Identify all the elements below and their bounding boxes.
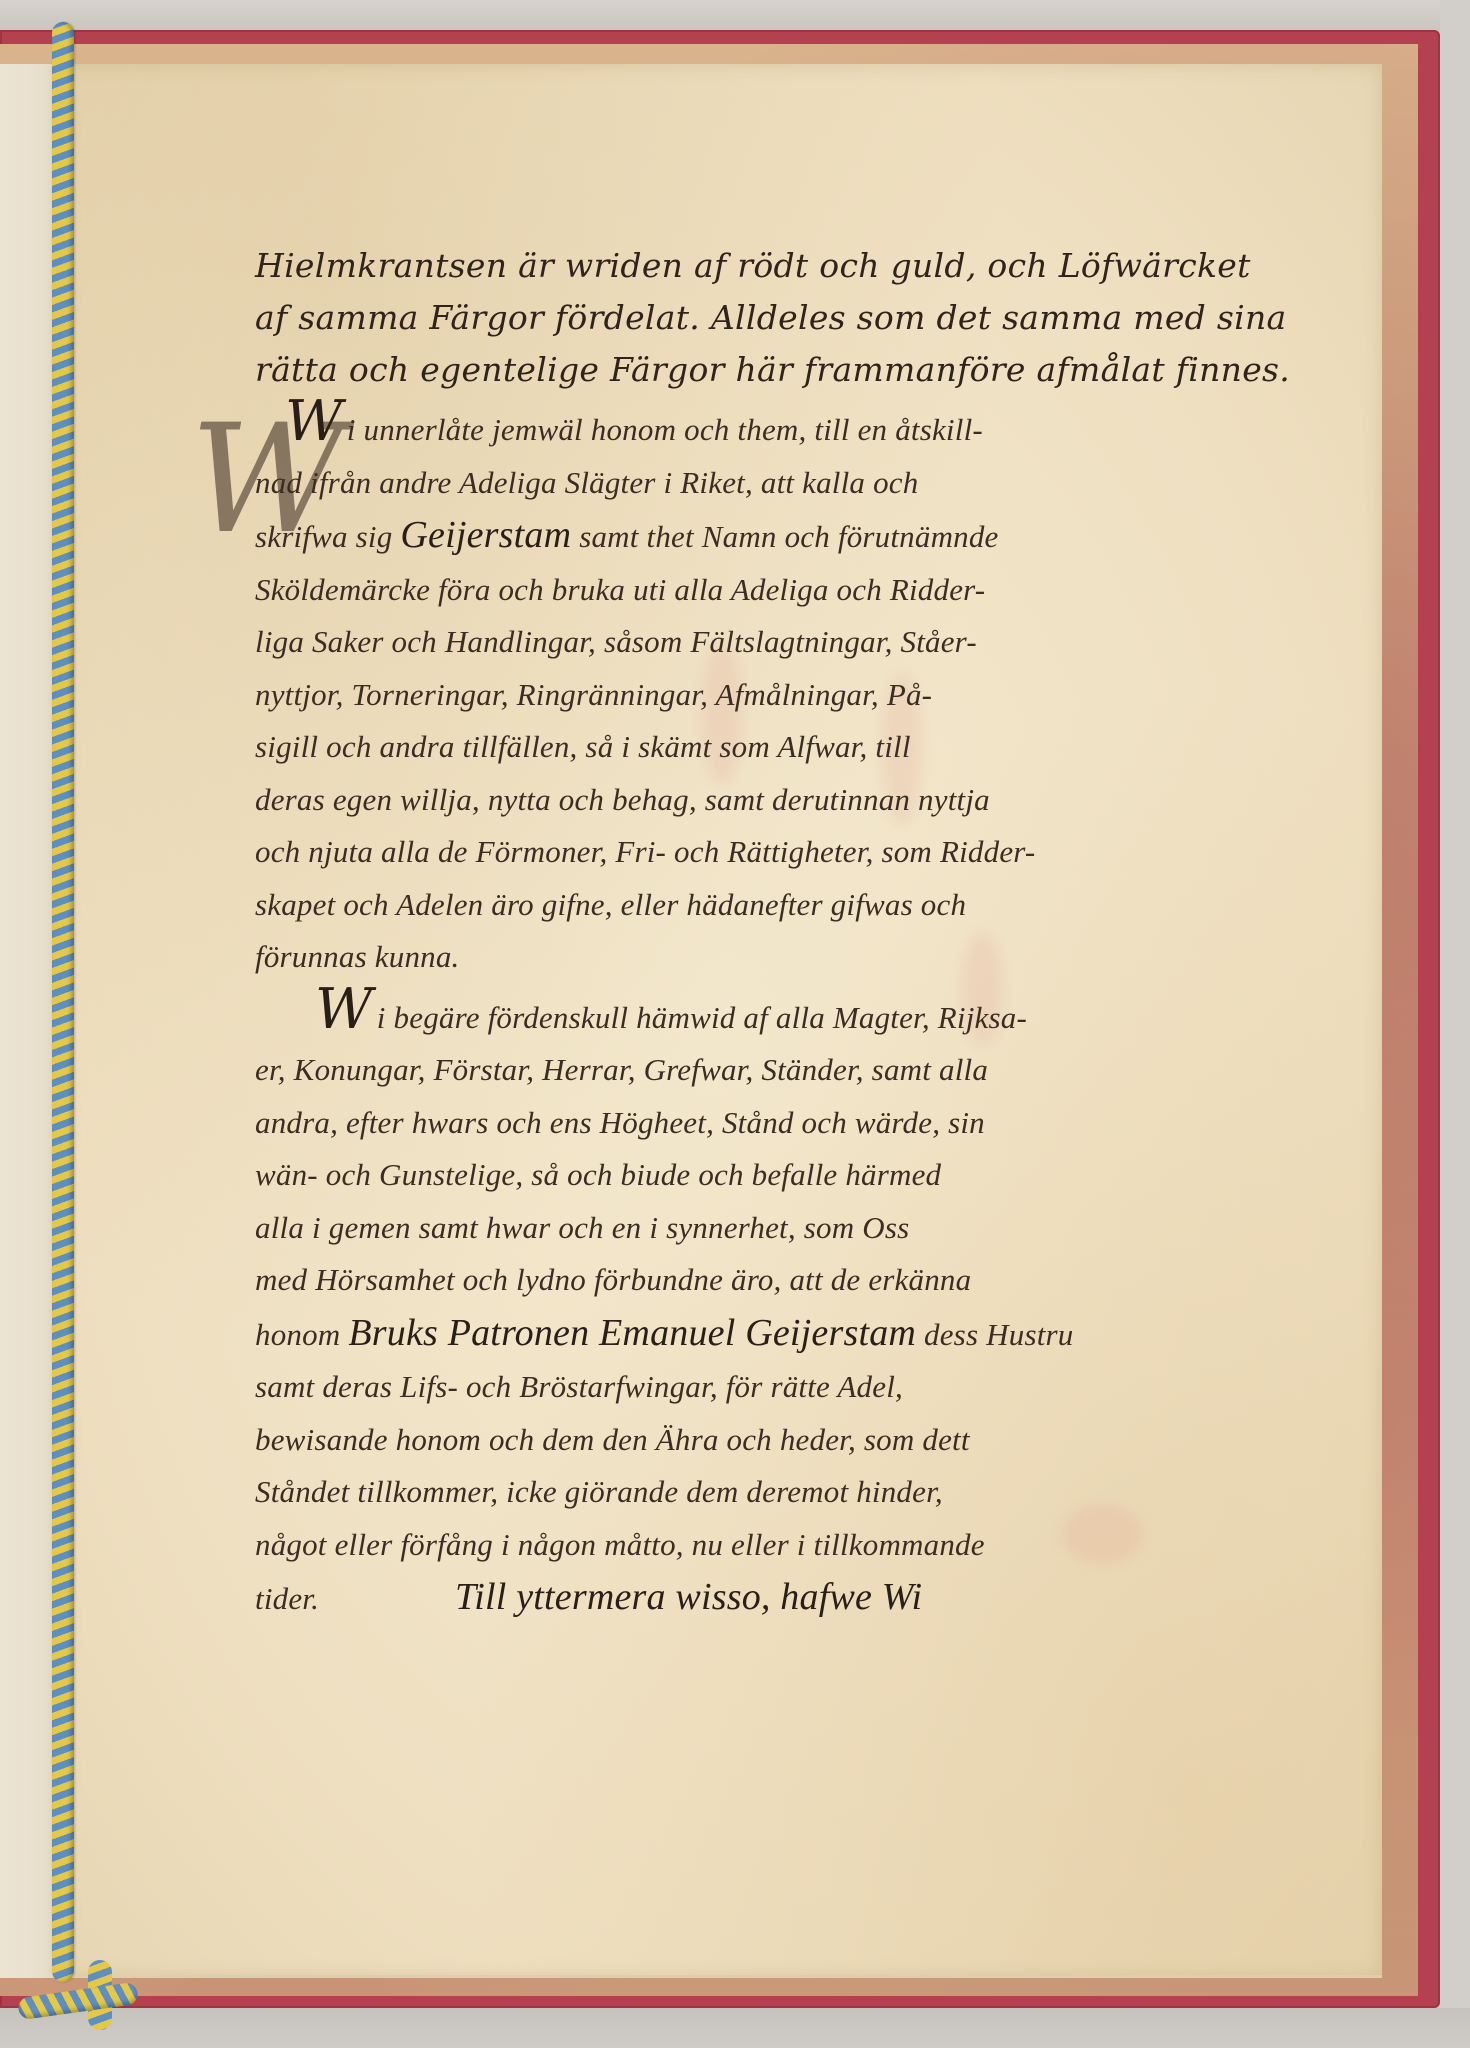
manuscript-text: Hielmkrantsen är wriden af rödt och guld…	[255, 240, 1225, 1626]
heading-line: Hielmkrantsen är wriden af rödt och guld…	[255, 240, 1225, 292]
line-text: i unnerlåte jemwäl honom och them, till …	[347, 412, 983, 447]
scanner-backdrop-bottom	[0, 2008, 1470, 2048]
body-line: bewisande honom och dem den Ähra och hed…	[255, 1414, 1225, 1467]
body-line: er, Konungar, Förstar, Herrar, Grefwar, …	[255, 1044, 1225, 1097]
heading-line: rätta och egentelige Färgor här frammanf…	[255, 344, 1225, 396]
body-line: Sköldemärcke föra och bruka uti alla Ade…	[255, 564, 1225, 617]
line-text: i begäre fördenskull hämwid af alla Magt…	[377, 1000, 1027, 1035]
paragraph-initial: W	[285, 389, 343, 454]
family-name: Geijerstam	[400, 514, 571, 556]
line-text: samt thet Namn och förutnämnde	[579, 519, 998, 554]
line-text: skrifwa sig	[255, 519, 392, 554]
heading-line: af samma Färgor fördelat. Alldeles som d…	[255, 292, 1225, 344]
body-line: wän- och Gunstelige, så och biude och be…	[255, 1149, 1225, 1202]
body-line: skapet och Adelen äro gifne, eller hädan…	[255, 879, 1225, 932]
body-line: sigill och andra tillfällen, så i skämt …	[255, 721, 1225, 774]
body-line: honom Bruks Patronen Emanuel Geijerstam …	[255, 1307, 1225, 1362]
body-line: Wi begäre fördenskull hämwid af alla Mag…	[255, 984, 1225, 1045]
body-line: liga Saker och Handlingar, såsom Fältsla…	[255, 616, 1225, 669]
body-line: Wi unnerlåte jemwäl honom och them, till…	[255, 396, 1225, 457]
body-line: skrifwa sig Geijerstam samt thet Namn oc…	[255, 509, 1225, 564]
paragraph-initial: W	[315, 977, 373, 1042]
body-line: nad ifrån andre Adeliga Slägter i Riket,…	[255, 457, 1225, 510]
line-text: honom	[255, 1317, 340, 1352]
page-bottom-edge	[62, 1975, 1382, 1978]
line-text: tider.	[255, 1581, 319, 1616]
closing-formula: Till yttermera wisso, hafwe Wi	[455, 1576, 922, 1618]
body-line: alla i gemen samt hwar och en i synnerhe…	[255, 1202, 1225, 1255]
body-line: Ståndet tillkommer, icke giörande dem de…	[255, 1466, 1225, 1519]
grantee-name: Bruks Patronen Emanuel Geijerstam	[348, 1312, 916, 1354]
body-line: och njuta alla de Förmoner, Fri- och Rät…	[255, 826, 1225, 879]
body-line: andra, efter hwars och ens Högheet, Stån…	[255, 1097, 1225, 1150]
body-line: deras egen willja, nytta och behag, samt…	[255, 774, 1225, 827]
braided-cord	[52, 22, 74, 1982]
body-line: förunnas kunna.	[255, 931, 1225, 984]
body-line: samt deras Lifs- och Bröstarfwingar, för…	[255, 1361, 1225, 1414]
body-line: tider. Till yttermera wisso, hafwe Wi	[255, 1571, 1225, 1626]
scanner-backdrop-right	[1440, 0, 1470, 2048]
scanner-backdrop-top	[0, 0, 1470, 30]
body-line: nyttjor, Torneringar, Ringränningar, Afm…	[255, 669, 1225, 722]
body-line: med Hörsamhet och lydno förbundne äro, a…	[255, 1254, 1225, 1307]
line-text: dess Hustru	[924, 1317, 1073, 1352]
body-line: något eller förfång i någon måtto, nu el…	[255, 1519, 1225, 1572]
